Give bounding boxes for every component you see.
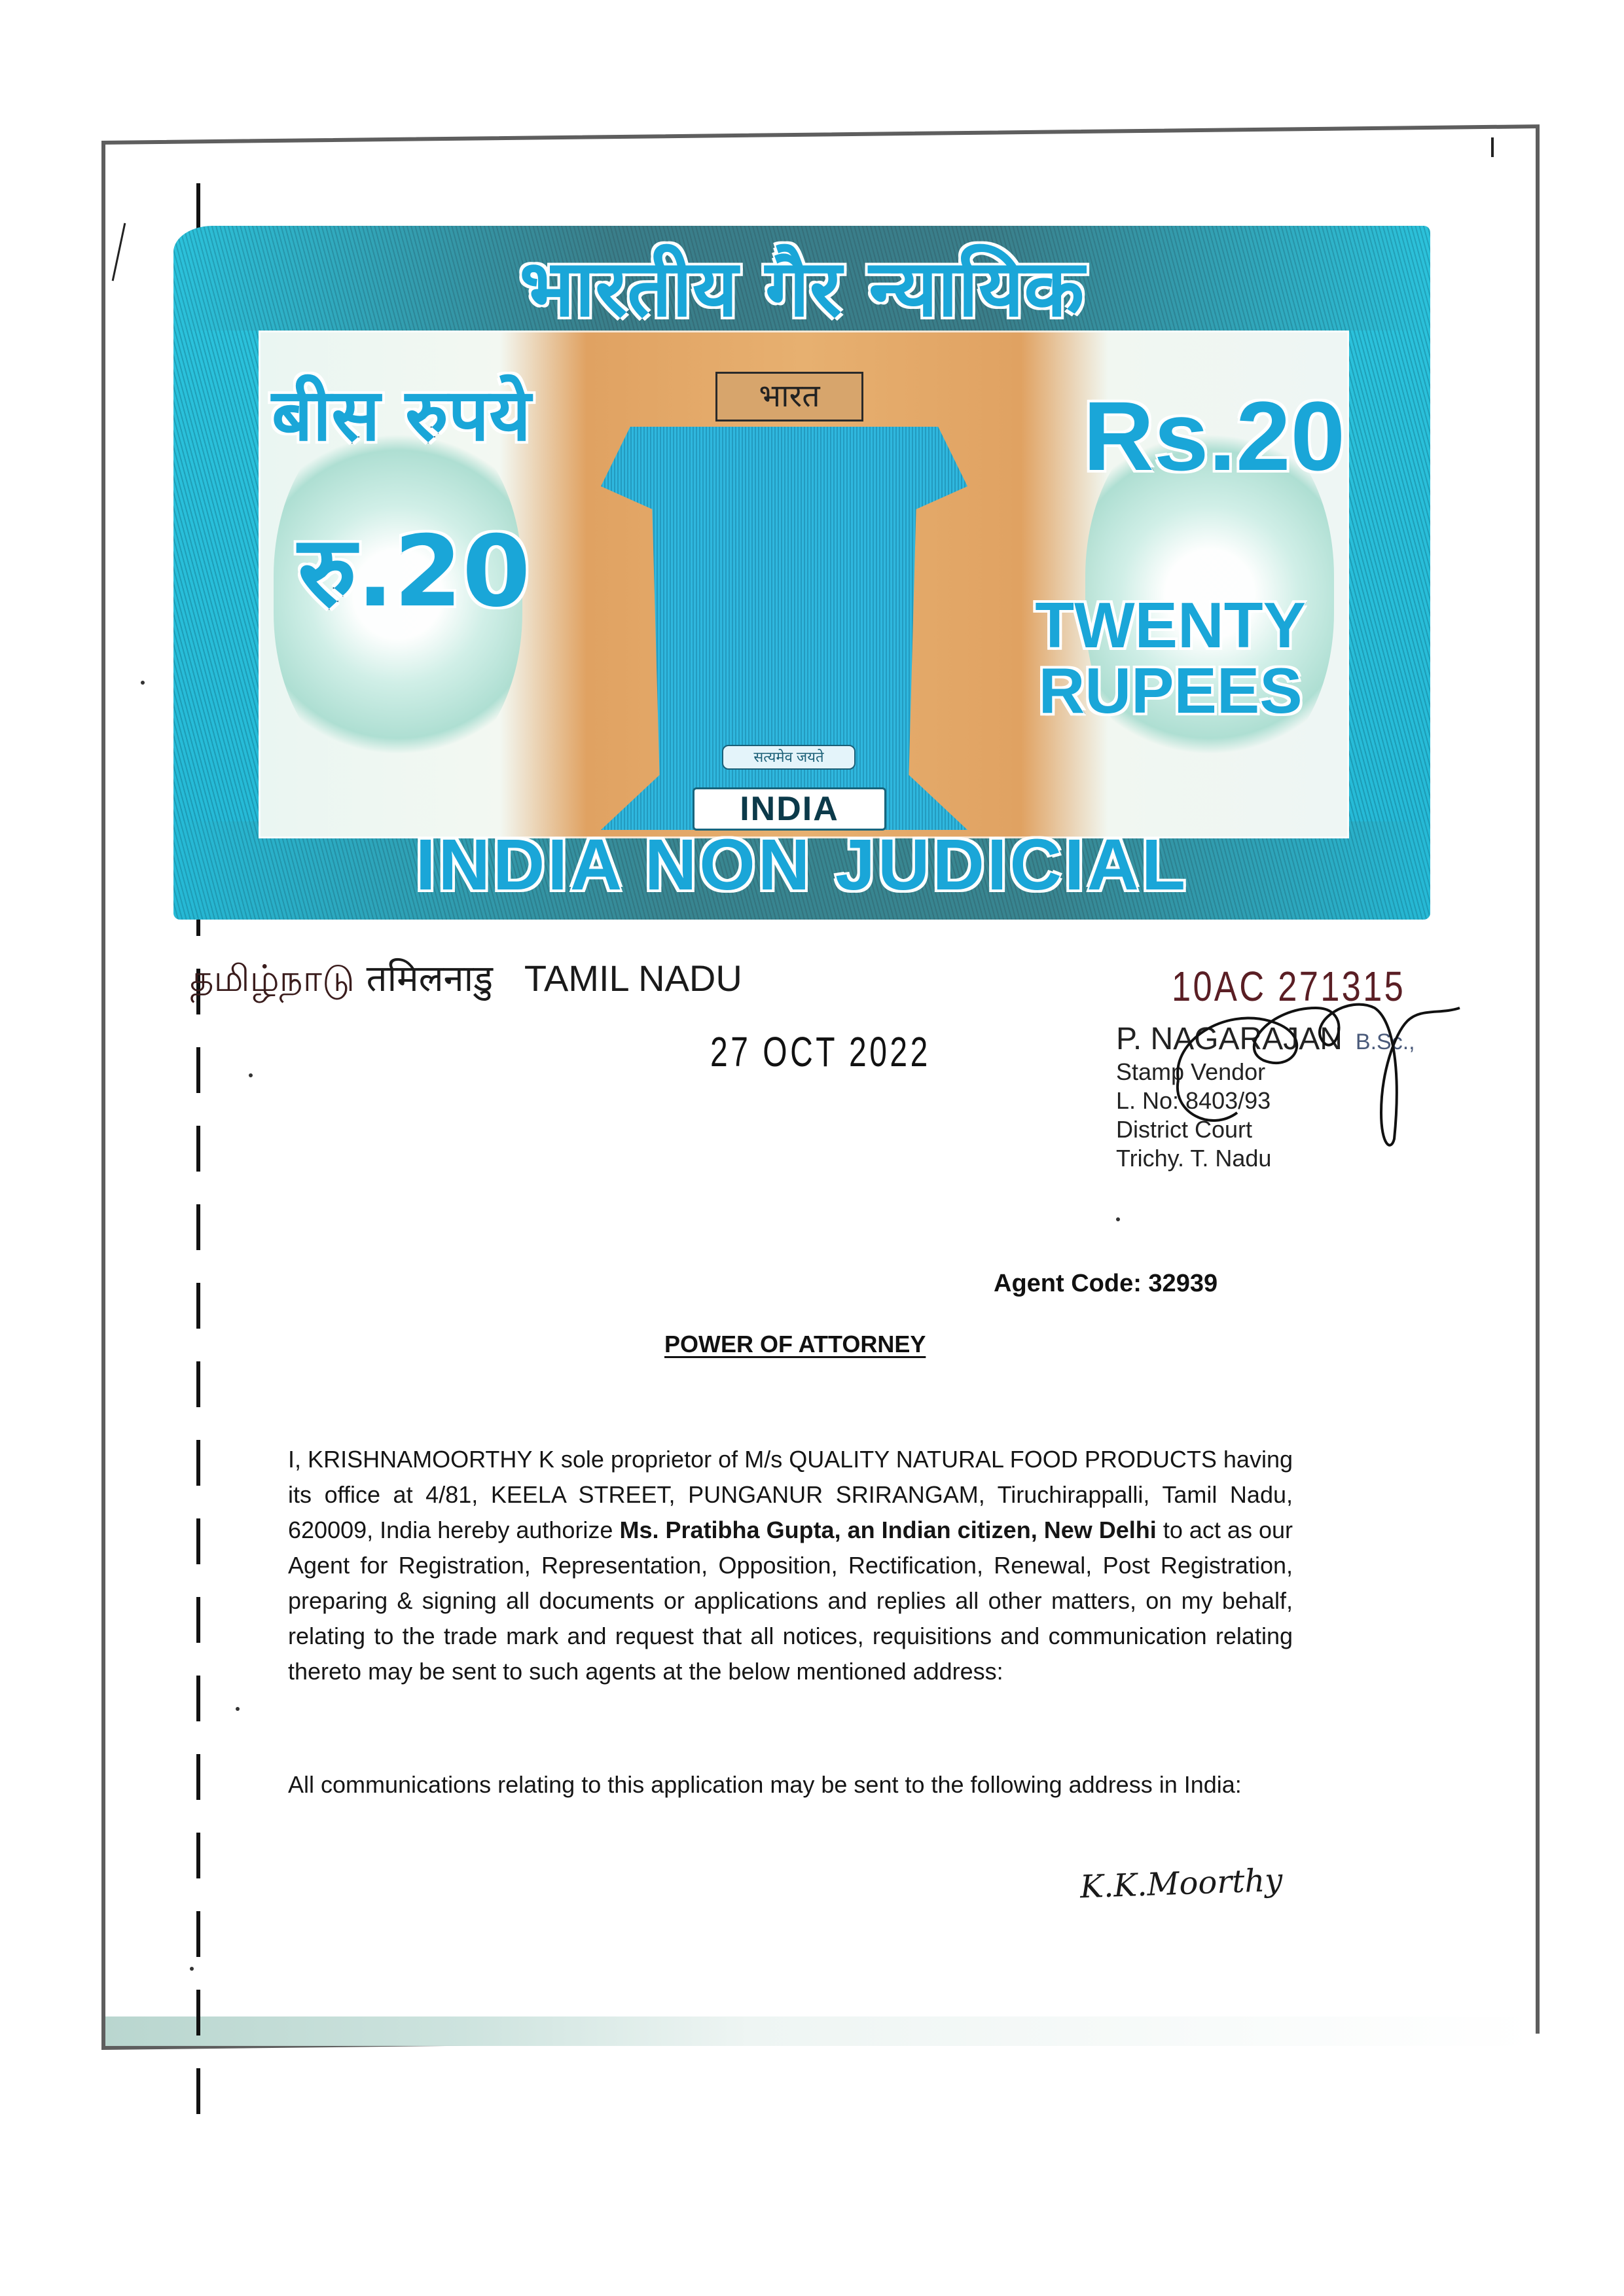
scan-speck — [1116, 1217, 1120, 1221]
stamp-hindi-amount-value: रु.20 — [298, 501, 530, 634]
proprietor-signature: K.K.Moorthy — [1079, 1862, 1283, 1906]
document-title: POWER OF ATTORNEY — [664, 1331, 926, 1358]
stamp-english-title: INDIA NON JUDICIAL — [173, 823, 1430, 906]
scan-speck — [141, 681, 145, 685]
scan-speck — [236, 1707, 240, 1711]
vendor-signature-scribble — [1165, 982, 1466, 1152]
scan-speck — [190, 1967, 194, 1971]
agent-name-bold: Ms. Pratibha Gupta, an Indian citizen, N… — [619, 1516, 1156, 1543]
stamp-date: 27 OCT 2022 — [710, 1028, 931, 1076]
stamp-english-amount-words: TWENTY RUPEES — [1035, 592, 1306, 723]
state-line: தமிழ்நாடு तमिलनाडु TAMIL NADU — [190, 952, 742, 1005]
agent-code: Agent Code: 32939 — [994, 1270, 1218, 1298]
scan-shadow — [105, 2017, 1536, 2046]
scan-mark — [1491, 137, 1494, 157]
stamp-hindi-amount-words: बीस रुपये — [272, 363, 531, 461]
state-hindi: तमिलनाडु — [367, 958, 493, 1000]
state-tamil: தமிழ்நாடு — [190, 958, 355, 1000]
scan-speck — [249, 1073, 253, 1077]
emblem-motto: सत्यमेव जयते — [722, 745, 856, 770]
stamp-english-amount-value: Rs.20 — [1083, 380, 1345, 493]
authorization-paragraph: I, KRISHNAMOORTHY K sole proprietor of M… — [288, 1442, 1293, 1689]
state-english: TAMIL NADU — [524, 958, 742, 999]
stamp-hindi-title: भारतीय गैर न्यायिक — [173, 232, 1430, 339]
emblem-top-label: भारत — [715, 372, 863, 422]
non-judicial-stamp: भारत सत्यमेव जयते INDIA भारतीय गैर न्याय… — [173, 226, 1430, 920]
communication-paragraph: All communications relating to this appl… — [288, 1767, 1293, 1803]
